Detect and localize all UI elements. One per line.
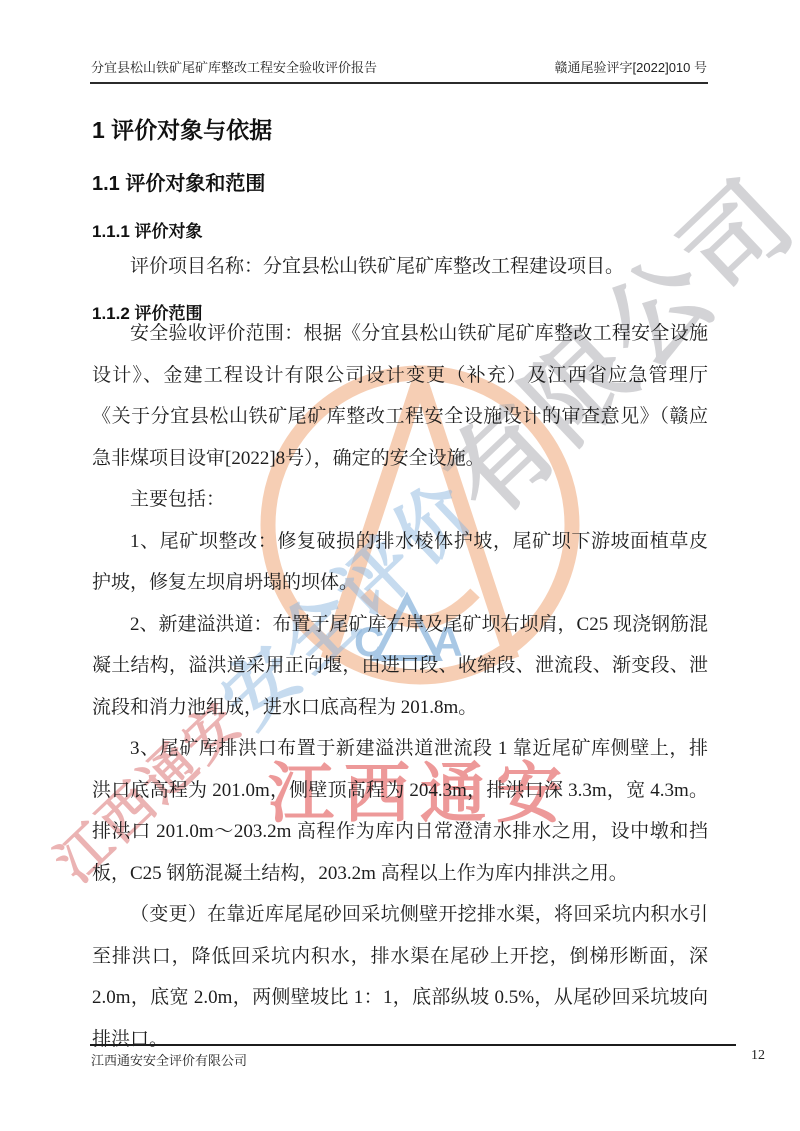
header-rule [90,82,708,84]
paragraph-item-3: 3、尾矿库排洪口布置于新建溢洪道泄流段 1 靠近尾矿库侧壁上，排洪口底高程为 2… [92,728,708,894]
paragraph-includes: 主要包括： [92,479,708,521]
paragraph-item-2: 2、新建溢洪道：布置于尾矿库右岸及尾矿坝右坝肩，C25 现浇钢筋混凝土结构，溢洪… [92,604,708,729]
header-report-title: 分宜县松山铁矿尾矿库整改工程安全验收评价报告 [91,57,377,76]
heading-subsection-1: 1.1.1 评价对象 [92,217,203,242]
footer-company: 江西通安安全评价有限公司 [91,1050,247,1069]
paragraph-scope: 安全验收评价范围：根据《分宜县松山铁矿尾矿库整改工程安全设施设计》、金建工程设计… [92,313,708,479]
page-number: 12 [751,1048,765,1064]
page: { "header": { "left_title": "分宜县松山铁矿尾矿库整… [0,0,800,1131]
paragraph-item-1: 1、尾矿坝整改：修复破损的排水棱体护坡，尾矿坝下游坡面植草皮护坡，修复左坝肩坍塌… [92,521,708,604]
paragraph-project-name: 评价项目名称：分宜县松山铁矿尾矿库整改工程建设项目。 [92,246,708,288]
paragraph-change: （变更）在靠近库尾尾砂回采坑侧壁开挖排水渠，将回采坑内积水引至排洪口，降低回采坑… [92,894,708,1060]
heading-section: 1.1 评价对象和范围 [92,167,265,196]
body-text-block: 安全验收评价范围：根据《分宜县松山铁矿尾矿库整改工程安全设施设计》、金建工程设计… [92,313,708,1060]
header-doc-number: 赣通尾验评字[2022]010 号 [555,57,707,76]
heading-chapter: 1 评价对象与依据 [92,112,272,145]
